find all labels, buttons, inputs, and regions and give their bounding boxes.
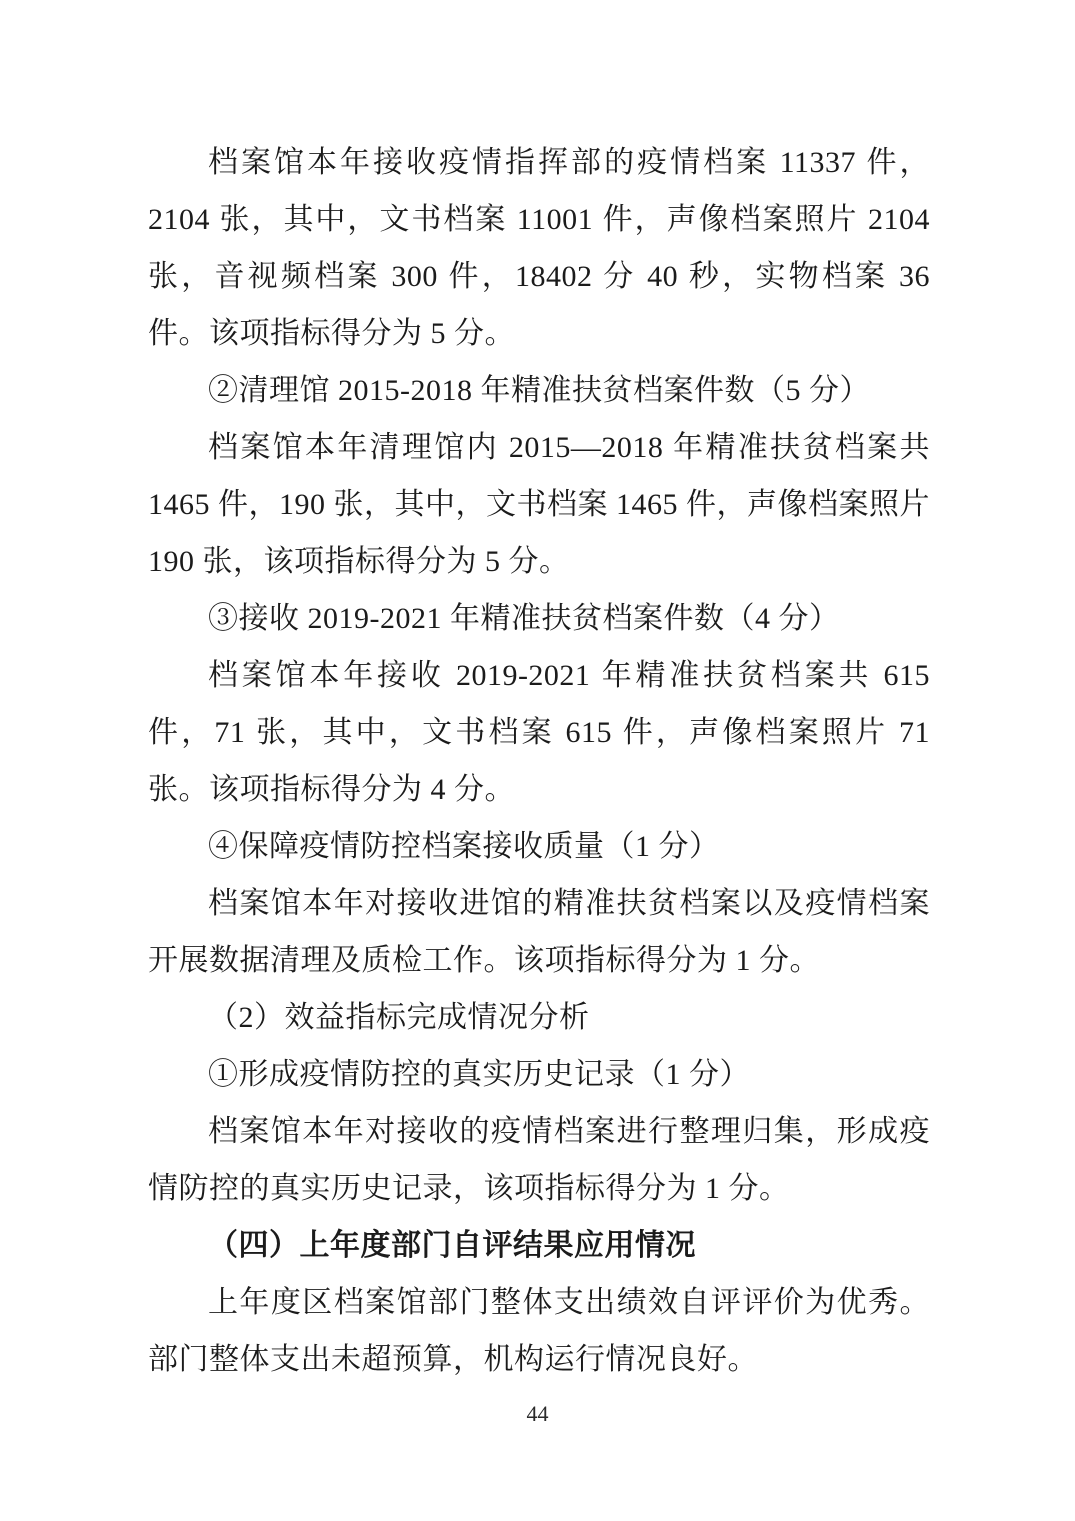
paragraph: 档案馆本年接收疫情指挥部的疫情档案 11337 件，2104 张，其中，文书档案… [148, 134, 930, 362]
paragraph: 档案馆本年对接收进馆的精准扶贫档案以及疫情档案开展数据清理及质检工作。该项指标得… [148, 875, 930, 989]
paragraph: 档案馆本年对接收的疫情档案进行整理归集，形成疫情防控的真实历史记录，该项指标得分… [148, 1103, 930, 1217]
paragraph: 档案馆本年清理馆内 2015—2018 年精准扶贫档案共 1465 件，190 … [148, 419, 930, 590]
list-item-heading: ①形成疫情防控的真实历史记录（1 分） [148, 1046, 930, 1103]
list-item-heading: ②清理馆 2015-2018 年精准扶贫档案件数（5 分） [148, 362, 930, 419]
document-page: 档案馆本年接收疫情指挥部的疫情档案 11337 件，2104 张，其中，文书档案… [0, 0, 1075, 1521]
section-heading: （四）上年度部门自评结果应用情况 [148, 1217, 930, 1274]
list-item-heading: ③接收 2019-2021 年精准扶贫档案件数（4 分） [148, 590, 930, 647]
document-body: 档案馆本年接收疫情指挥部的疫情档案 11337 件，2104 张，其中，文书档案… [148, 134, 930, 1388]
paragraph: 上年度区档案馆部门整体支出绩效自评评价为优秀。部门整体支出未超预算，机构运行情况… [148, 1274, 930, 1388]
page-number: 44 [0, 1398, 1075, 1430]
list-item-heading: ④保障疫情防控档案接收质量（1 分） [148, 818, 930, 875]
paragraph: 档案馆本年接收 2019-2021 年精准扶贫档案共 615 件，71 张，其中… [148, 647, 930, 818]
sub-section-heading: （2）效益指标完成情况分析 [148, 989, 930, 1046]
